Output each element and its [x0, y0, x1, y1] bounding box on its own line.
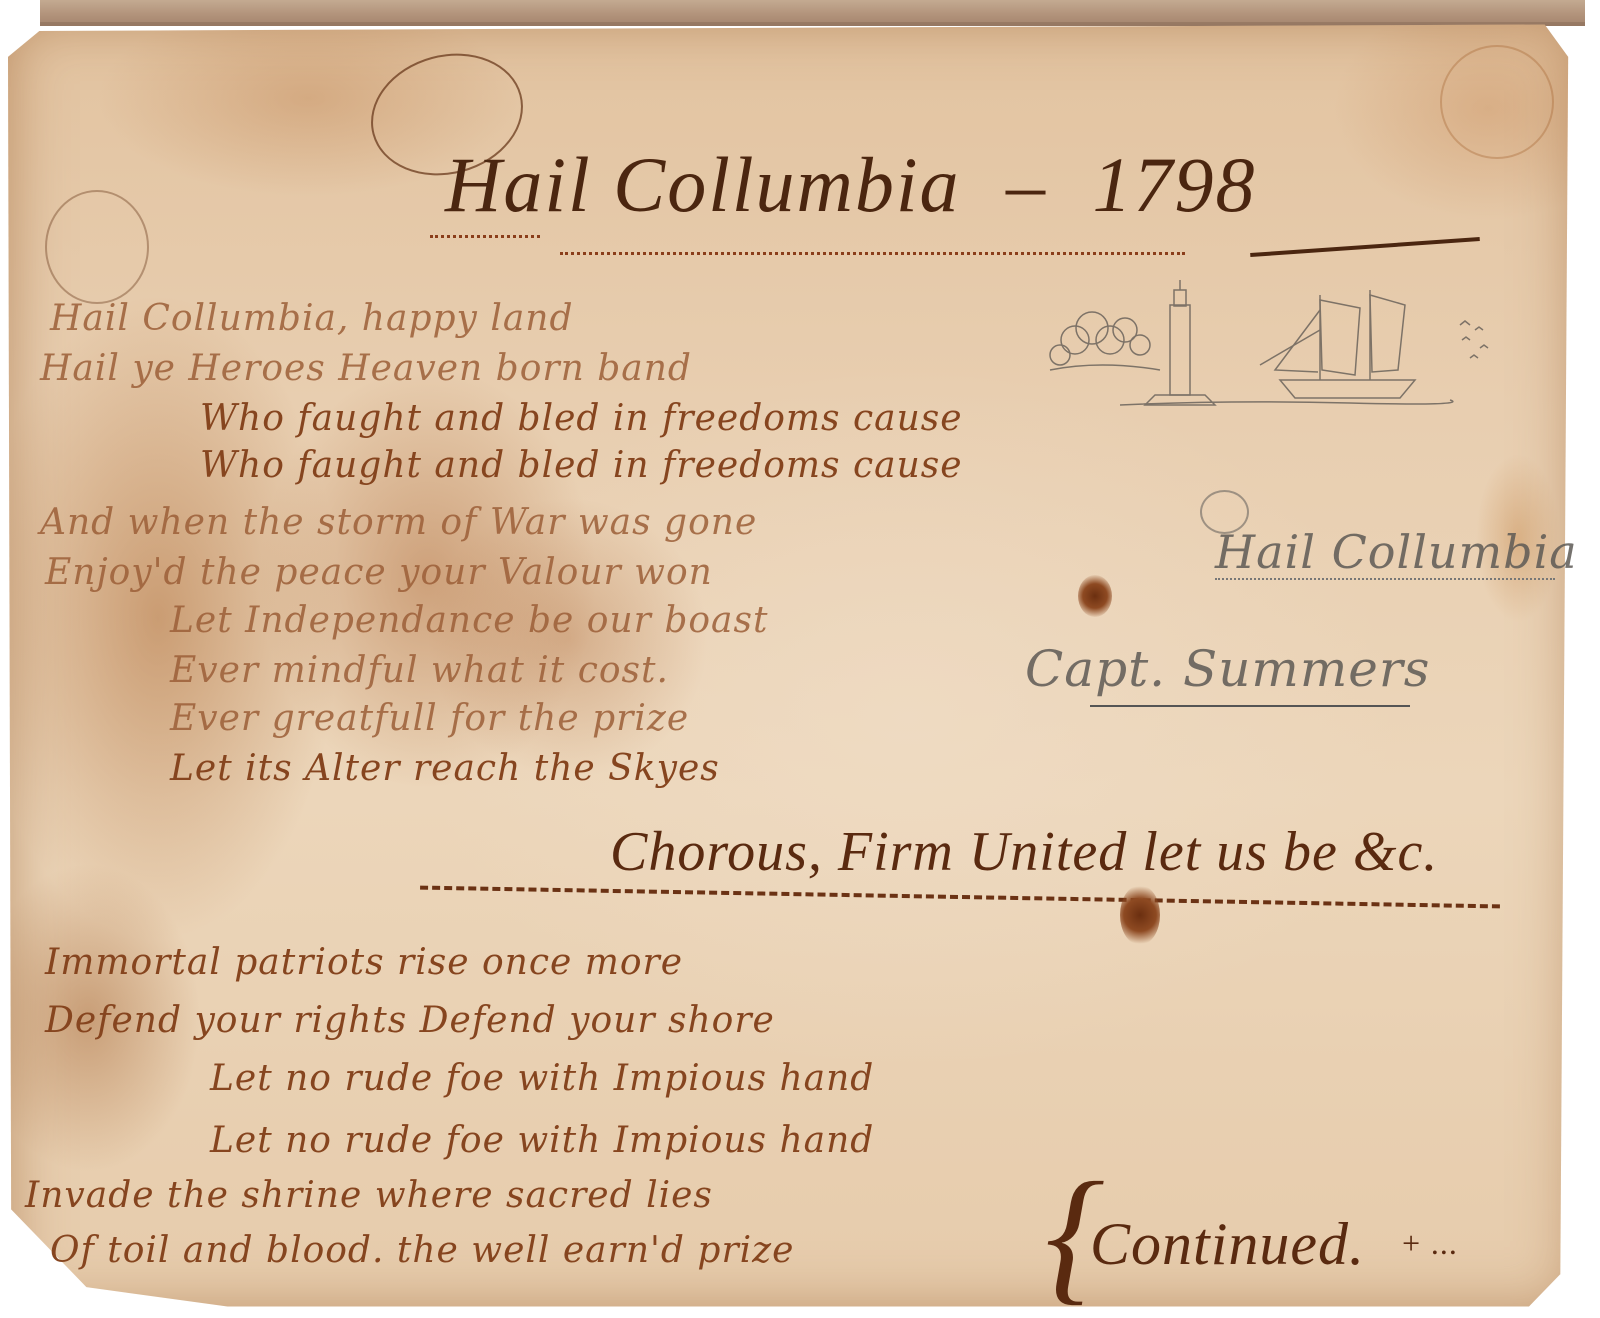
title-underline-collumbia — [560, 252, 1185, 255]
verse-line: Hail Collumbia, happy land — [50, 298, 574, 339]
birds-icon — [1460, 321, 1488, 358]
verse-line: Who faught and bled in freedoms cause — [200, 398, 963, 439]
verse-line: Ever greatfull for the prize — [170, 698, 689, 739]
pencil-title-repeat: Hail Collumbia — [1215, 525, 1578, 579]
title-underline-hail — [430, 235, 540, 238]
continued-label: Continued. — [1090, 1210, 1365, 1279]
pencil-flourish-loop — [1200, 490, 1249, 534]
verse-line: Let its Alter reach the Skyes — [170, 748, 720, 789]
lighthouse-icon — [1145, 280, 1215, 405]
verse-line: Hail ye Heroes Heaven born band — [40, 348, 692, 389]
manuscript-stage: 5 Hail Collumbia – 1798 Hail Collumbia, … — [0, 0, 1600, 1318]
verse-line: Immortal patriots rise once more — [45, 942, 683, 983]
title-separator: – — [1006, 141, 1047, 228]
verse-line: And when the storm of War was gone — [40, 502, 757, 543]
trees-icon — [1050, 312, 1160, 370]
verse-line: Let no rude foe with Impious hand — [210, 1120, 874, 1161]
chorus-line: Chorous, Firm United let us be &c. — [610, 820, 1438, 884]
verse-line: Let Independance be our boast — [170, 600, 768, 641]
verse-line: Enjoy'd the peace your Valour won — [45, 552, 713, 593]
verse-line: Ever mindful what it cost. — [170, 650, 669, 691]
verse-line: Who faught and bled in freedoms cause — [200, 445, 963, 486]
pencil-name: Capt. Summers — [1025, 640, 1430, 698]
ink-spot — [1078, 575, 1112, 617]
left-flourish-loop — [45, 190, 149, 304]
title-text: Hail Collumbia — [445, 141, 961, 228]
pencil-name-underline — [1090, 705, 1410, 707]
ink-spot — [1120, 885, 1160, 945]
torn-binding-strip — [40, 0, 1585, 26]
verse-line: Invade the shrine where sacred lies — [25, 1175, 713, 1216]
verse-line: Defend your rights Defend your shore — [45, 1000, 775, 1041]
page-title: Hail Collumbia – 1798 — [445, 140, 1257, 230]
lighthouse-ship-sketch — [1030, 270, 1490, 420]
title-year: 1798 — [1093, 141, 1257, 228]
continued-trail: + ... — [1400, 1225, 1459, 1262]
sailing-ship-icon — [1260, 290, 1415, 398]
verse-line: Let no rude foe with Impious hand — [210, 1058, 874, 1099]
pencil-underline — [1215, 578, 1555, 580]
verse-line: Of toil and blood. the well earn'd prize — [50, 1230, 794, 1271]
